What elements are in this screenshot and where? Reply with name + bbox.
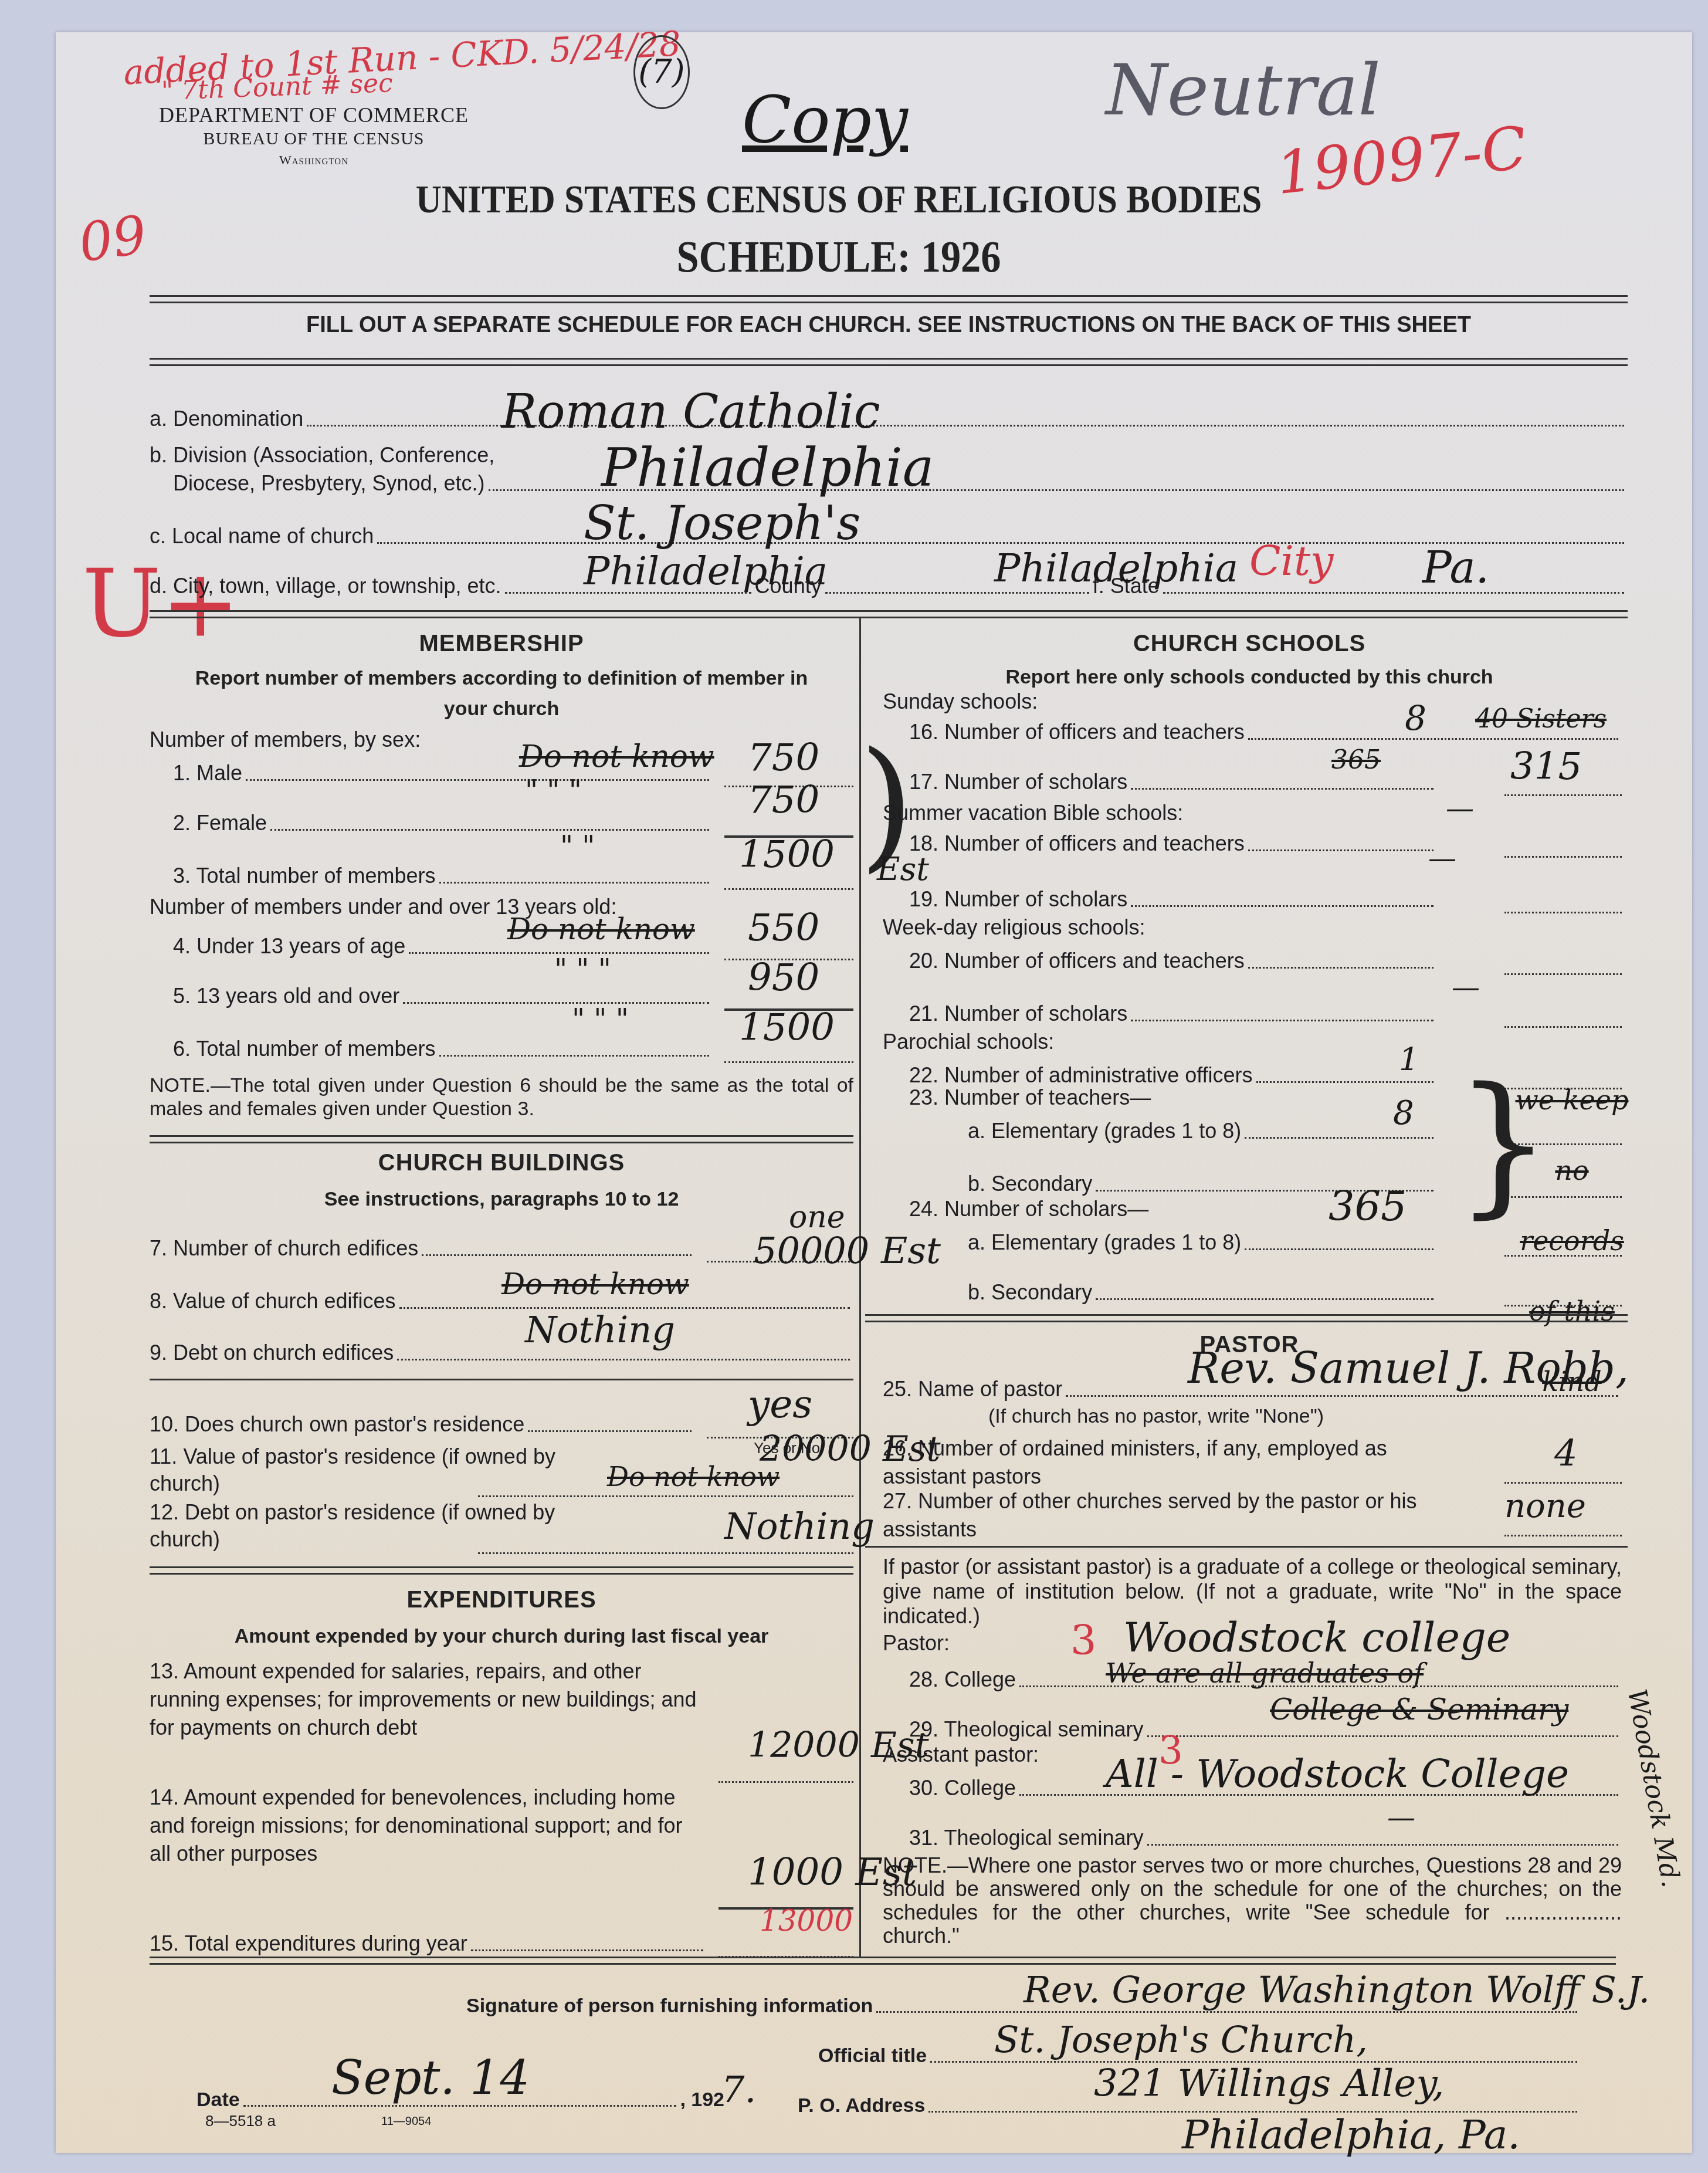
state-value: Pa. [1422,543,1489,593]
q17-label: 17. Number of scholars [909,770,1127,794]
q22-value: 1 [1399,1041,1419,1078]
q24b-label: b. Secondary [968,1280,1092,1305]
q31-label: 31. Theological seminary [909,1826,1144,1850]
membership-subheading: Report number of members according to de… [185,663,818,724]
pastor-graduate-label: Pastor: [883,1631,950,1656]
membership-row-total[interactable]: 3. Total number of members [173,857,713,888]
male-value: 750 [748,736,819,780]
expenditure-total-label: 15. Total expenditures during year [150,1931,467,1956]
membership-divider [150,1135,853,1143]
year-suffix-value: 7. [721,2068,756,2111]
church-name-label: c. Local name of church [150,524,374,549]
official-title-label: Official title [818,2045,927,2067]
q16-struck-note: 40 Sisters [1475,704,1607,734]
copy-annotation: Copy [742,82,908,157]
over13-value: 950 [748,956,819,1000]
schools-divider [865,1314,1628,1322]
school-row-21[interactable]: 21. Number of scholars [909,994,1437,1026]
city-value: Philadelphia [584,549,828,594]
under13-struck-note: Do not know [507,912,695,946]
church-name-value: St. Joseph's [584,496,860,550]
q19-label: 19. Number of scholars [909,887,1127,912]
q24-label: 24. Number of scholars— [909,1197,1148,1221]
q28-label: 28. College [909,1667,1016,1692]
residence-debt-value: Nothing [724,1505,875,1548]
department-label: DEPARTMENT OF COMMERCE [150,103,478,127]
school-row-18[interactable]: 18. Number of officers and teachers [909,824,1437,856]
pastor-college-value: Woodstock college [1123,1613,1510,1661]
edifice-debt-label: 9. Debt on church edifices [150,1341,394,1365]
church-name-field[interactable]: c. Local name of church [150,513,1628,549]
pastor-name-value: Rev. Samuel J. Robb, [1188,1343,1629,1393]
form-number: 8—5518 a [205,2112,276,2130]
edifice-value-label: 8. Value of church edifices [150,1289,396,1314]
expenditure-row-running-label: 13. Amount expended for salaries, repair… [150,1657,707,1742]
school-row-24b[interactable]: b. Secondary [968,1273,1437,1305]
school-row-19[interactable]: 19. Number of scholars [909,880,1437,912]
assistant-pastors-label: 26. Number of ordained ministers, if any… [883,1434,1422,1491]
signature-label: Signature of person furnishing informati… [466,1995,873,2018]
red-mark-pastor: 3 [1070,1616,1097,1664]
county-value: Philadelphia [994,546,1238,591]
q17-struck-value: 365 [1331,745,1381,775]
print-number: 11—9054 [381,2115,431,2128]
female-value: 750 [748,779,819,822]
sunday-schools-label: Sunday schools: [883,689,1038,714]
other-churches-label: 27. Number of other churches served by t… [883,1487,1422,1544]
page-title: UNITED STATES CENSUS OF RELIGIOUS BODIES [324,176,1354,222]
schools-heading: CHURCH SCHOOLS [877,631,1622,657]
summer-schools-label: Summer vacation Bible schools: [883,801,1183,825]
residence-owned-value: yes [748,1382,812,1427]
q21-value: — [1452,971,1480,1004]
q19-answer-box[interactable] [1504,885,1622,913]
buildings-row-debt[interactable]: 9. Debt on church edifices [150,1333,853,1365]
q21-label: 21. Number of scholars [909,1001,1127,1026]
assistant-pastors-value: 4 [1554,1431,1577,1474]
q29-label: 29. Theological seminary [909,1717,1144,1742]
expenditure-row-benevolence-label: 14. Amount expended for benevolences, in… [150,1783,707,1868]
q23-label: 23. Number of teachers— [909,1085,1151,1110]
school-row-22[interactable]: 22. Number of administrative officers [909,1056,1437,1088]
expenditure-row-total[interactable]: 15. Total expenditures during year [150,1924,707,1956]
identification-divider [150,610,1628,618]
denomination-field[interactable]: a. Denomination [150,396,1628,431]
multi-church-note: NOTE.—Where one pastor serves two or mor… [883,1854,1622,1948]
male-label: 1. Male [173,761,242,786]
q18-label: 18. Number of officers and teachers [909,831,1245,856]
total-age-label: 6. Total number of members [173,1037,436,1061]
buildings-row-edifices[interactable]: 7. Number of church edifices [150,1229,695,1261]
official-title-value: St. Joseph's Church, [994,2018,1368,2061]
membership-row-over13[interactable]: 5. 13 years old and over [173,977,713,1008]
bureau-label: BUREAU OF THE CENSUS [150,129,478,149]
page-subtitle: SCHEDULE: 1926 [324,232,1354,283]
address-line1-value: 321 Willings Alley, [1094,2062,1444,2106]
q23b-label: b. Secondary [968,1172,1092,1196]
under13-label: 4. Under 13 years of age [173,934,405,959]
total-value: 1500 [739,833,835,876]
edifice-value-value: 50000 Est [754,1229,941,1272]
expenditure-total-value: 13000 [760,1904,853,1938]
instruction-divider [150,358,1628,366]
denomination-value: Roman Catholic [501,384,880,439]
membership-note: NOTE.—The total given under Question 6 s… [150,1074,853,1121]
pastor-name-hint: (If church has no pastor, write "None") [988,1405,1324,1428]
q31-value: — [1387,1801,1415,1834]
circled-mark: (7) [633,35,690,109]
q18-value: — [1446,792,1474,825]
signature-value: Rev. George Washington Wolff S.J. [1024,1968,1650,2011]
expenditures-subheading: Amount expended by your church during la… [150,1625,853,1648]
female-label: 2. Female [173,811,267,835]
q16-label: 16. Number of officers and teachers [909,720,1245,744]
red-state-mark: City [1249,537,1334,585]
q24a-label: a. Elementary (grades 1 to 8) [968,1230,1241,1255]
buildings-divider [150,1566,853,1575]
edifice-value-struck-note: Do not know [501,1267,689,1301]
q17-value: 315 [1510,745,1582,788]
city-field[interactable]: d. City, town, village, or township, etc… [150,563,1628,598]
address-line2-value: Philadelphia, Pa. [1182,2112,1520,2158]
buildings-subheading: See instructions, paragraphs 10 to 12 [150,1188,853,1211]
edifices-label: 7. Number of church edifices [150,1236,418,1261]
q24a-value: 365 [1329,1182,1407,1230]
membership-heading: MEMBERSHIP [150,631,853,657]
weekday-schools-label: Week-day religious schools: [883,915,1146,940]
q18-answer-box[interactable] [1504,829,1622,858]
assistant-college-value: All - Woodstock College [1106,1751,1569,1796]
q16-value: 8 [1405,698,1426,738]
city-label: Washington [150,153,478,168]
date-label: Date [196,2089,240,2111]
membership-row-female[interactable]: 2. Female [173,804,713,835]
parochial-schools-label: Parochial schools: [883,1030,1054,1054]
denomination-label: a. Denomination [150,407,303,431]
buildings-row-residence-owned[interactable]: 10. Does church own pastor's residence [150,1405,695,1437]
school-row-23a[interactable]: a. Elementary (grades 1 to 8) [968,1112,1437,1143]
q30-label: 30. College [909,1776,1016,1800]
date-value: Sept. 14 [331,2050,530,2105]
q22-label: 22. Number of administrative officers [909,1063,1253,1088]
total-age-value: 1500 [739,1006,835,1050]
q20-label: 20. Number of officers and teachers [909,949,1245,973]
neutral-annotation: Neutral [1106,50,1381,131]
under13-value: 550 [748,906,819,950]
instruction-banner: FILL OUT A SEPARATE SCHEDULE FOR EACH CH… [150,313,1628,338]
q28-struck-note: We are all graduates of [1106,1657,1424,1689]
residence-value-struck-note: Do not know [607,1461,780,1492]
expenditures-heading: EXPENDITURES [150,1587,853,1613]
over13-ditto: " " " [554,953,611,986]
circled-mark-text: (7) [638,53,684,91]
buildings-heading: CHURCH BUILDINGS [150,1150,853,1176]
q23a-label: a. Elementary (grades 1 to 8) [968,1119,1241,1143]
q29-struck-note: College & Seminary [1270,1693,1568,1727]
residence-owned-label: 10. Does church own pastor's residence [150,1412,524,1437]
buildings-rule [150,1379,853,1380]
edifice-debt-value: Nothing [525,1308,675,1351]
q21-answer-box[interactable] [1504,999,1622,1028]
city-label: d. City, town, village, or township, etc… [150,574,501,598]
footer-divider [150,1957,1616,1965]
male-struck-note: Do not know [519,739,714,774]
woodstock-side-note: Woodstock Md. [1622,1687,1686,1890]
census-schedule-sheet: added to 1st Run - CKD. 5/24/28 " 7th Co… [56,32,1692,2153]
other-churches-value: none [1504,1487,1586,1525]
total-label: 3. Total number of members [173,864,436,888]
membership-row-total-age[interactable]: 6. Total number of members [173,1030,713,1061]
q19-value: — [1428,842,1456,875]
assistant-seminary-field[interactable]: 31. Theological seminary [909,1819,1622,1850]
year-prefix: , 192 [680,2089,724,2111]
assistant-graduate-label: Assistant pastor: [883,1742,1039,1767]
pastor-name-label: 25. Name of pastor [883,1377,1062,1402]
q20-answer-box[interactable] [1504,946,1622,975]
school-row-20[interactable]: 20. Number of officers and teachers [909,942,1437,973]
address-label: P. O. Address [798,2094,925,2117]
division-value: Philadelphia [601,437,934,499]
by-sex-label: Number of members, by sex: [150,727,421,752]
red-side-code: 09 [75,204,150,275]
pastor-rule [865,1546,1628,1548]
total-ditto: " " [560,830,595,863]
division-label-2: Diocese, Presbytery, Synod, etc.) [173,471,485,496]
schools-subheading: Report here only schools conducted by th… [877,666,1622,689]
total-age-ditto: " " " [572,1003,629,1036]
female-ditto: " " " [525,774,582,807]
q23a-value: 8 [1393,1094,1414,1132]
over13-label: 5. 13 years old and over [173,984,399,1008]
header-divider [150,295,1628,303]
